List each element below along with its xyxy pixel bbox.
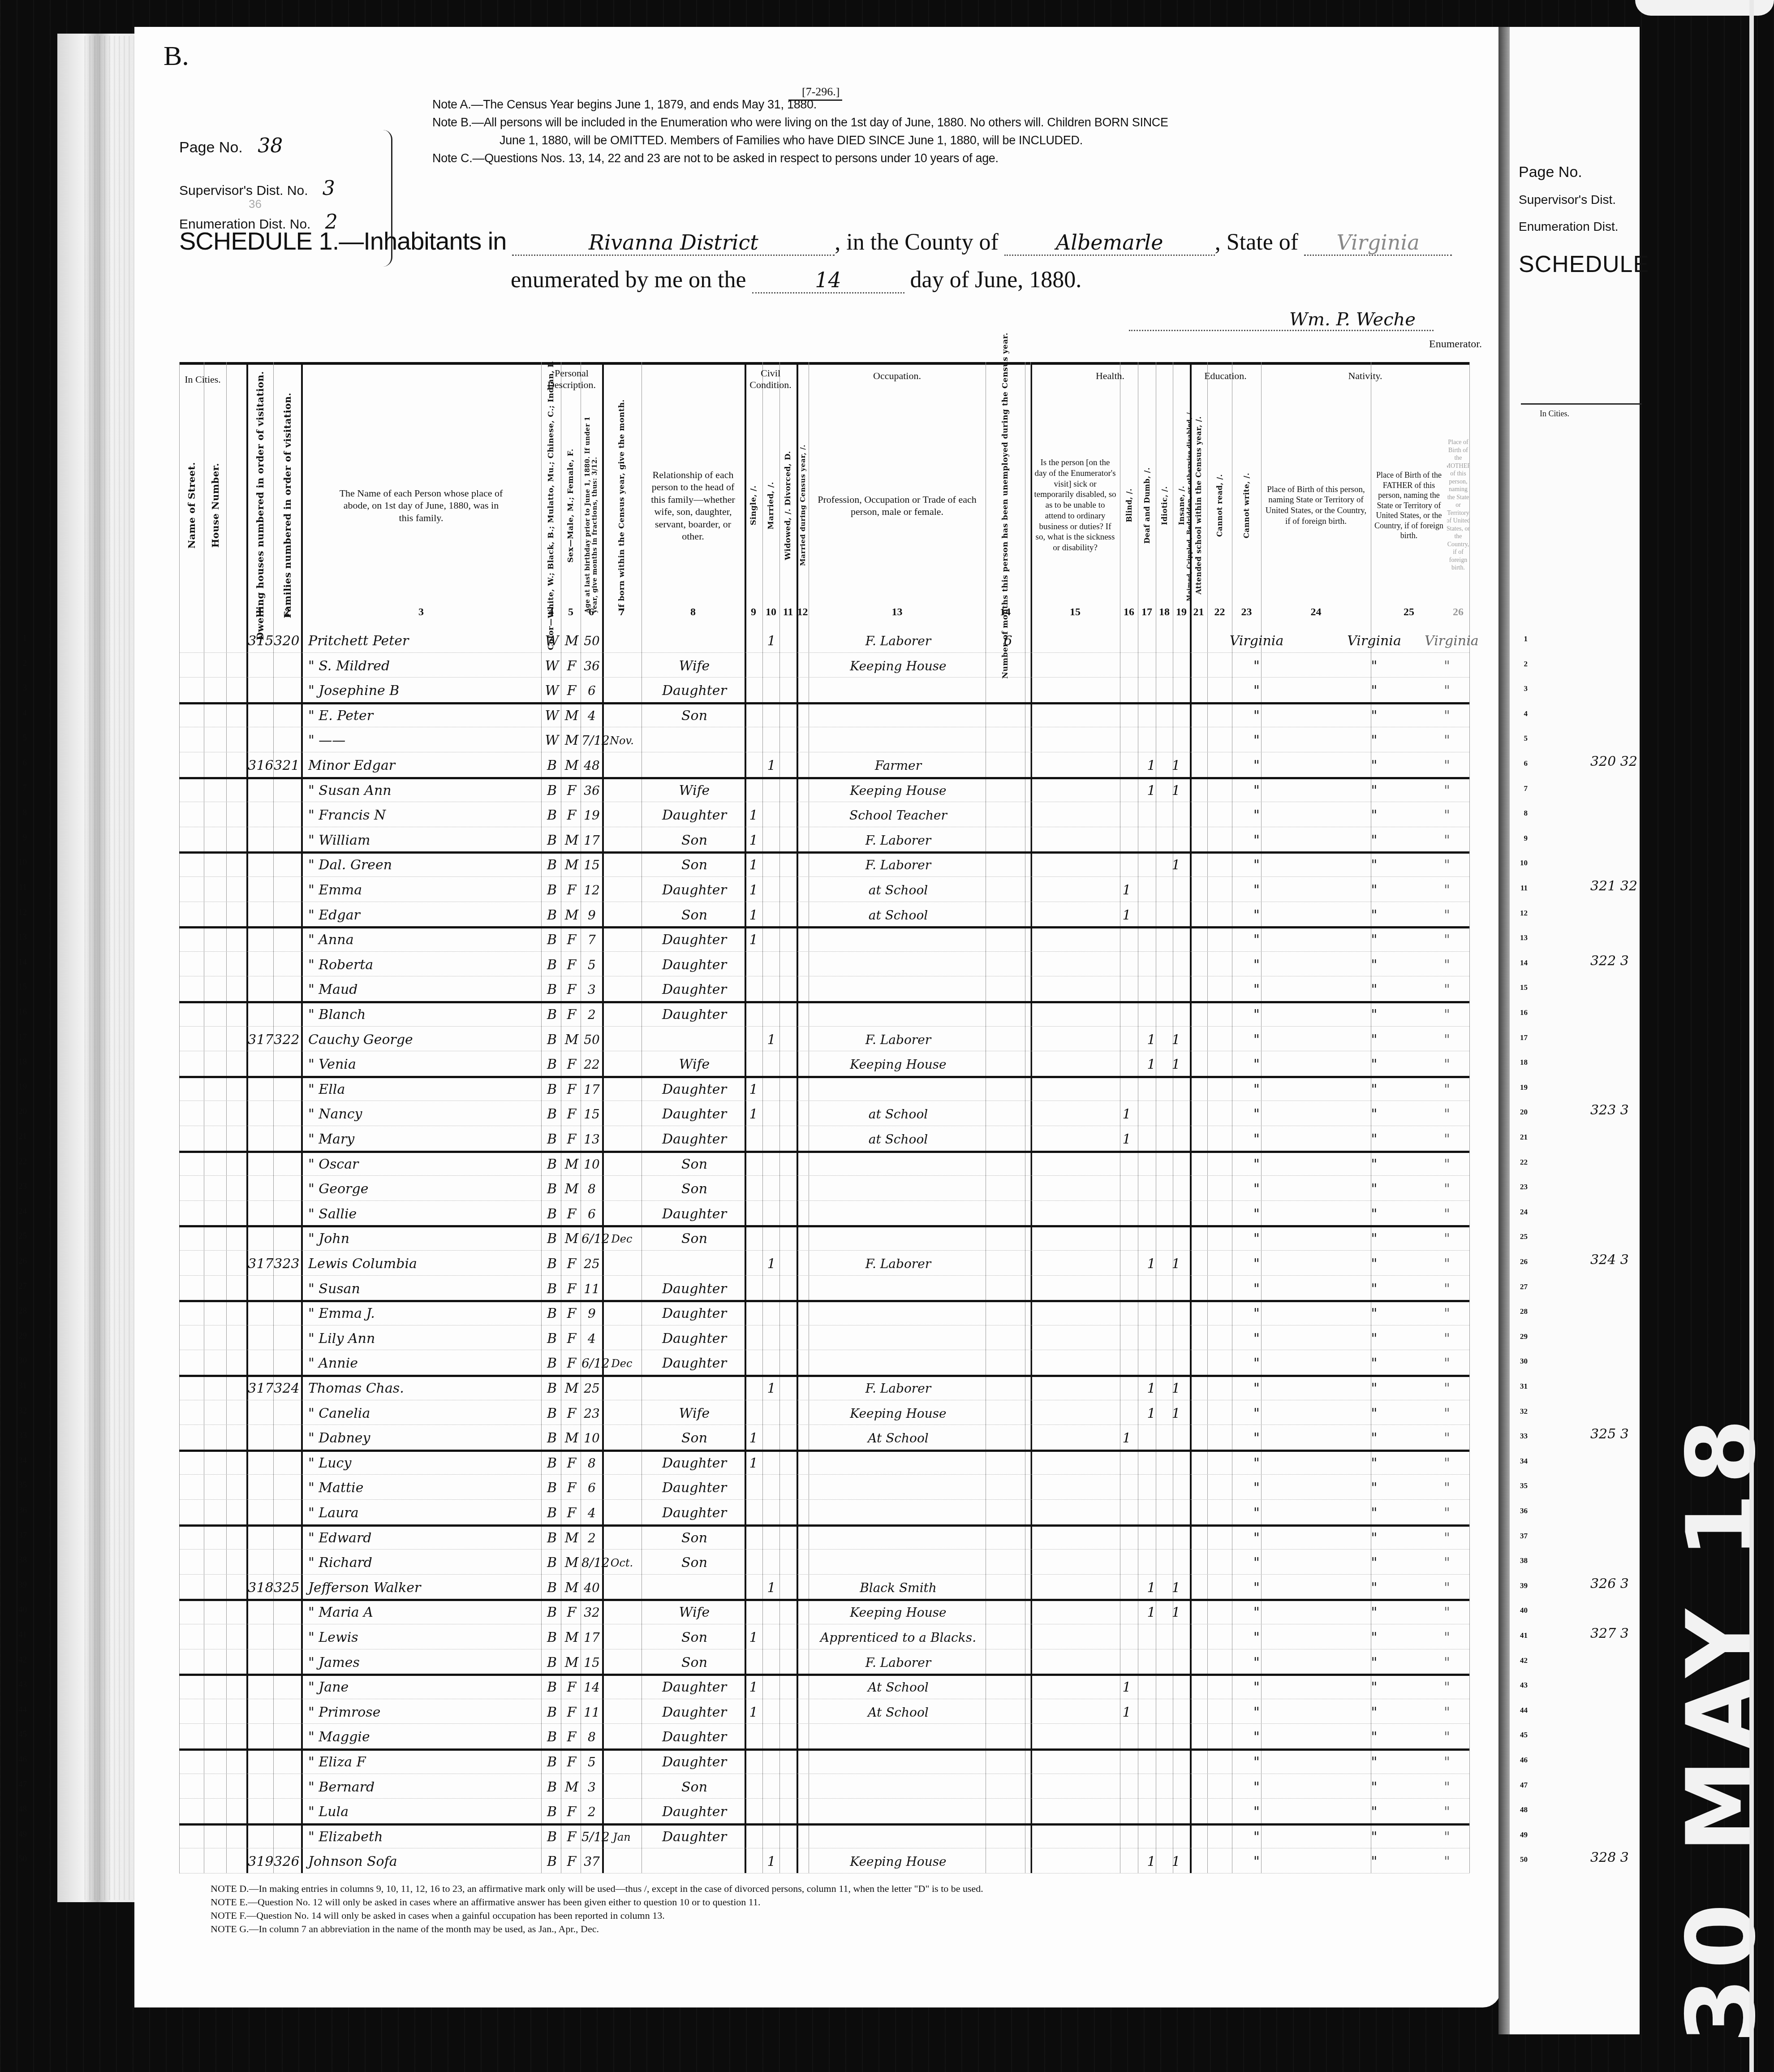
age-cell: 5/12 xyxy=(581,1826,602,1848)
married-mark-cell xyxy=(764,1128,779,1151)
dwelling-number-cell xyxy=(247,879,274,902)
page-number-label: Page No. xyxy=(179,139,243,156)
father-birthplace-cell: " xyxy=(1326,904,1422,927)
adjacent-row-number: 11 xyxy=(1514,884,1528,893)
person-name-cell: Lewis Columbia xyxy=(304,1253,541,1275)
married-mark-cell xyxy=(764,680,779,702)
single-mark-cell xyxy=(746,1801,761,1823)
adjacent-row-number: 13 xyxy=(1514,933,1528,942)
birthplace-cell: " xyxy=(1192,1328,1322,1350)
father-birthplace-cell: " xyxy=(1326,1427,1422,1450)
single-mark-cell xyxy=(746,1751,761,1774)
birth-month-cell xyxy=(604,1527,640,1550)
attended-school-mark-cell xyxy=(1115,804,1138,827)
cannot-write-mark-cell xyxy=(1165,1228,1187,1250)
col-house-header: House Number. xyxy=(210,463,221,548)
color-cell: B xyxy=(543,1053,561,1076)
cannot-read-mark-cell xyxy=(1140,1801,1163,1823)
family-number-cell xyxy=(273,705,300,727)
age-cell: 19 xyxy=(581,804,602,827)
married-mark-cell xyxy=(764,1303,779,1325)
sex-cell: F xyxy=(563,780,581,802)
relationship-cell xyxy=(645,630,744,652)
birthplace-cell: " xyxy=(1192,680,1322,702)
cannot-read-mark-cell xyxy=(1140,1427,1163,1450)
relationship-cell xyxy=(645,1377,744,1400)
dwelling-number-cell: 319 xyxy=(247,1851,274,1873)
col-relationship-header: Relationship of each person to the head … xyxy=(642,469,745,543)
col-num: 19 xyxy=(1173,606,1190,618)
dwelling-number-cell xyxy=(247,1079,274,1101)
col-num: 23 xyxy=(1232,606,1261,618)
relationship-cell xyxy=(645,1253,744,1275)
adjacent-row-number: 22 xyxy=(1514,1158,1528,1167)
married-mark-cell xyxy=(764,954,779,976)
father-birthplace-cell: " xyxy=(1326,730,1422,752)
single-mark-cell: 1 xyxy=(746,879,761,902)
relationship-cell: Son xyxy=(645,1776,744,1799)
adjacent-row-number: 12 xyxy=(1514,909,1528,918)
occupation-cell: at School xyxy=(811,1103,986,1126)
dwelling-number-cell xyxy=(247,1801,274,1823)
family-number-cell xyxy=(273,1527,300,1550)
cannot-read-mark-cell xyxy=(1140,829,1163,852)
birth-month-cell xyxy=(604,1851,640,1873)
row-number: 46 xyxy=(9,1755,27,1765)
row-number: 35 xyxy=(9,1481,27,1490)
color-cell: B xyxy=(543,1502,561,1524)
color-cell: B xyxy=(543,1203,561,1226)
cannot-write-mark-cell xyxy=(1165,1676,1187,1699)
table-row: 5" ——WM7/12Nov.""" xyxy=(179,727,1469,752)
father-birthplace-cell: " xyxy=(1326,1178,1422,1200)
father-birthplace-cell: " xyxy=(1326,1403,1422,1425)
dwelling-number-cell xyxy=(247,1701,274,1724)
married-mark-cell xyxy=(764,1502,779,1524)
age-cell: 5 xyxy=(581,1751,602,1774)
cannot-read-mark-cell xyxy=(1140,1079,1163,1101)
row-number: 39 xyxy=(9,1580,27,1590)
table-row: 8" Francis NBF19Daughter1School Teacher"… xyxy=(179,802,1469,827)
family-number-cell: 323 xyxy=(273,1253,300,1275)
occupation-cell xyxy=(811,1278,986,1300)
table-row: 22" OscarBM10Son""" xyxy=(179,1151,1469,1176)
family-number-cell xyxy=(273,1826,300,1848)
relationship-cell: Wife xyxy=(645,655,744,678)
table-row: 11" EmmaBF12Daughter1at School1""" xyxy=(179,876,1469,902)
adjacent-page-number-label: Page No. xyxy=(1519,164,1582,181)
months-unemployed-cell xyxy=(986,1477,1030,1499)
attended-school-mark-cell xyxy=(1115,829,1138,852)
months-unemployed-cell xyxy=(986,1676,1030,1699)
birthplace-cell: " xyxy=(1192,1801,1322,1823)
dwelling-number-cell xyxy=(247,804,274,827)
single-mark-cell xyxy=(746,680,761,702)
relationship-cell: Daughter xyxy=(645,1079,744,1101)
dwelling-number-cell: 317 xyxy=(247,1377,274,1400)
occupation-cell xyxy=(811,1552,986,1574)
single-mark-cell xyxy=(746,1577,761,1599)
birthplace-cell: " xyxy=(1192,979,1322,1001)
cannot-read-mark-cell xyxy=(1140,1153,1163,1176)
col-num: 11 xyxy=(779,606,797,618)
father-birthplace-cell: " xyxy=(1326,1103,1422,1126)
age-cell: 9 xyxy=(581,904,602,927)
attended-school-mark-cell xyxy=(1115,1228,1138,1250)
attended-school-mark-cell xyxy=(1115,1627,1138,1649)
col-num: 25 xyxy=(1371,606,1447,618)
row-number: 19 xyxy=(9,1082,27,1092)
mother-birthplace-cell: " xyxy=(1425,904,1469,927)
married-mark-cell xyxy=(764,1601,779,1624)
date-suffix: day of June, 1880. xyxy=(910,267,1082,293)
attended-school-mark-cell xyxy=(1115,1577,1138,1599)
cannot-write-mark-cell: 1 xyxy=(1165,1601,1187,1624)
adjacent-row-number: 6 xyxy=(1514,759,1528,768)
single-mark-cell xyxy=(746,1004,761,1026)
birthplace-cell: " xyxy=(1192,1228,1322,1250)
attended-school-mark-cell xyxy=(1115,1776,1138,1799)
person-name-cell: " Maggie xyxy=(304,1726,541,1748)
relationship-cell: Son xyxy=(645,1153,744,1176)
attended-school-mark-cell xyxy=(1115,1502,1138,1524)
person-name-cell: " Lucy xyxy=(304,1452,541,1475)
cannot-read-mark-cell: 1 xyxy=(1140,1577,1163,1599)
married-mark-cell: 1 xyxy=(764,630,779,652)
family-number-cell xyxy=(273,1477,300,1499)
dwelling-number-cell xyxy=(247,1303,274,1325)
note-b-continued: June 1, 1880, will be OMITTED. Members o… xyxy=(499,134,1083,147)
mother-birthplace-cell: " xyxy=(1425,1652,1469,1674)
row-number: 37 xyxy=(9,1531,27,1541)
birth-month-cell xyxy=(604,1278,640,1300)
dwelling-number-cell xyxy=(247,1103,274,1126)
color-cell: B xyxy=(543,1452,561,1475)
father-birthplace-cell: " xyxy=(1326,1726,1422,1748)
single-mark-cell xyxy=(746,1826,761,1848)
row-number: 44 xyxy=(9,1705,27,1715)
cannot-write-mark-cell xyxy=(1165,1103,1187,1126)
mother-birthplace-cell: " xyxy=(1425,854,1469,876)
color-cell: W xyxy=(543,655,561,678)
cannot-write-mark-cell: 1 xyxy=(1165,780,1187,802)
supervisor-district-value: 3 xyxy=(323,177,335,200)
birthplace-cell: " xyxy=(1192,1278,1322,1300)
age-cell: 12 xyxy=(581,879,602,902)
attended-school-mark-cell: 1 xyxy=(1115,1427,1138,1450)
person-name-cell: " Sallie xyxy=(304,1203,541,1226)
age-cell: 6/12 xyxy=(581,1352,602,1375)
occupation-cell xyxy=(811,1228,986,1250)
single-mark-cell xyxy=(746,655,761,678)
group-education: Education. xyxy=(1190,370,1261,382)
table-row: 30" AnnieBF6/12DecDaughter""" xyxy=(179,1350,1469,1377)
row-number: 22 xyxy=(9,1157,27,1167)
color-cell: B xyxy=(543,1726,561,1748)
adjacent-schedule-label: SCHEDULE xyxy=(1519,251,1649,278)
occupation-cell xyxy=(811,1178,986,1200)
occupation-cell: Keeping House xyxy=(811,1053,986,1076)
dwelling-number-cell xyxy=(247,1228,274,1250)
col-widowed-header: Widowed, /. Divorced, D. xyxy=(784,451,792,560)
col-num: 24 xyxy=(1261,606,1371,618)
bottom-notes: NOTE D.—In making entries in columns 9, … xyxy=(211,1882,983,1936)
dwelling-number-cell xyxy=(247,929,274,951)
family-number-cell xyxy=(273,829,300,852)
birthplace-cell: " xyxy=(1192,1726,1322,1748)
adjacent-row-number: 3 xyxy=(1514,684,1528,693)
occupation-cell xyxy=(811,705,986,727)
occupation-cell xyxy=(811,1502,986,1524)
father-birthplace-cell: " xyxy=(1326,1203,1422,1226)
family-number-cell xyxy=(273,1701,300,1724)
mother-birthplace-cell: " xyxy=(1425,954,1469,976)
age-cell: 15 xyxy=(581,854,602,876)
color-cell: B xyxy=(543,1377,561,1400)
birthplace-cell: " xyxy=(1192,829,1322,852)
note-c: Note C.—Questions Nos. 13, 14, 22 and 23… xyxy=(432,151,999,165)
married-mark-cell: 1 xyxy=(764,1577,779,1599)
birthplace-cell: " xyxy=(1192,1153,1322,1176)
months-unemployed-cell xyxy=(986,1029,1030,1051)
relationship-cell: Daughter xyxy=(645,804,744,827)
person-name-cell: " Bernard xyxy=(304,1776,541,1799)
relationship-cell: Wife xyxy=(645,1053,744,1076)
attended-school-mark-cell xyxy=(1115,780,1138,802)
months-unemployed-cell xyxy=(986,1377,1030,1400)
birth-month-cell xyxy=(604,1303,640,1325)
row-number: 45 xyxy=(9,1730,27,1740)
cannot-read-mark-cell xyxy=(1140,929,1163,951)
birthplace-cell: " xyxy=(1192,1477,1322,1499)
mother-birthplace-cell: " xyxy=(1425,929,1469,951)
birthplace-cell: " xyxy=(1192,1652,1322,1674)
person-name-cell: " Edward xyxy=(304,1527,541,1550)
birth-month-cell xyxy=(604,979,640,1001)
single-mark-cell: 1 xyxy=(746,1627,761,1649)
birth-month-cell: Jan xyxy=(604,1826,640,1848)
family-number-cell xyxy=(273,1652,300,1674)
cannot-write-mark-cell xyxy=(1165,1826,1187,1848)
adjacent-row-number: 16 xyxy=(1514,1008,1528,1017)
cannot-write-mark-cell: 1 xyxy=(1165,1577,1187,1599)
married-mark-cell: 1 xyxy=(764,1029,779,1051)
adjacent-row-number: 20 xyxy=(1514,1108,1528,1117)
mother-birthplace-cell: " xyxy=(1425,1801,1469,1823)
col-num: 16 xyxy=(1120,606,1138,618)
table-row: 13" AnnaBF7Daughter1""" xyxy=(179,926,1469,952)
father-birthplace-cell: " xyxy=(1326,655,1422,678)
cannot-read-mark-cell: 1 xyxy=(1140,1253,1163,1275)
sex-cell: M xyxy=(563,1652,581,1674)
father-birthplace-cell: " xyxy=(1326,780,1422,802)
col-single-header: Single, /. xyxy=(749,485,758,525)
birthplace-cell: " xyxy=(1192,879,1322,902)
person-name-cell: " Susan Ann xyxy=(304,780,541,802)
person-name-cell: " Lula xyxy=(304,1801,541,1823)
birthplace-cell: " xyxy=(1192,854,1322,876)
birthplace-cell: " xyxy=(1192,1701,1322,1724)
birthplace-cell: " xyxy=(1192,1851,1322,1873)
cannot-read-mark-cell: 1 xyxy=(1140,755,1163,777)
father-birthplace-cell: " xyxy=(1326,1652,1422,1674)
person-name-cell: " Roberta xyxy=(304,954,541,976)
cannot-write-mark-cell xyxy=(1165,1652,1187,1674)
sex-cell: F xyxy=(563,1328,581,1350)
table-row: 41" LewisBM17Son1Apprenticed to a Blacks… xyxy=(179,1624,1469,1649)
state-label: , State of xyxy=(1215,229,1298,255)
single-mark-cell xyxy=(746,1228,761,1250)
occupation-cell xyxy=(811,730,986,752)
attended-school-mark-cell xyxy=(1115,1178,1138,1200)
person-name-cell: " Richard xyxy=(304,1552,541,1574)
family-number-cell xyxy=(273,730,300,752)
adjacent-row-number: 46 xyxy=(1514,1756,1528,1765)
note-e: NOTE E.—Question No. 12 will only be ask… xyxy=(211,1895,983,1909)
months-unemployed-cell xyxy=(986,979,1030,1001)
cannot-read-mark-cell xyxy=(1140,1552,1163,1574)
birth-month-cell: Dec xyxy=(604,1352,640,1375)
dwelling-number-cell: 318 xyxy=(247,1577,274,1599)
adjacent-table: In Cities. xyxy=(1521,403,1642,1919)
birth-month-cell xyxy=(604,1053,640,1076)
person-name-cell: " Emma xyxy=(304,879,541,902)
col-street-header: Name of Street. xyxy=(186,462,197,548)
mother-birthplace-cell: " xyxy=(1425,1427,1469,1450)
birth-month-cell xyxy=(604,630,640,652)
age-cell: 2 xyxy=(581,1527,602,1550)
table-row: 37" EdwardBM2Son""" xyxy=(179,1524,1469,1550)
sex-cell: F xyxy=(563,655,581,678)
single-mark-cell xyxy=(746,1377,761,1400)
occupation-cell: F. Laborer xyxy=(811,630,986,652)
relationship-cell: Son xyxy=(645,904,744,927)
dwelling-number-cell xyxy=(247,1278,274,1300)
mother-birthplace-cell: " xyxy=(1425,1552,1469,1574)
single-mark-cell xyxy=(746,1477,761,1499)
married-mark-cell xyxy=(764,1403,779,1425)
adjacent-dwelling-number: 328 3 xyxy=(1590,1850,1629,1865)
father-birthplace-cell: " xyxy=(1326,1253,1422,1275)
married-mark-cell xyxy=(764,904,779,927)
row-number: 38 xyxy=(9,1555,27,1565)
mother-birthplace-cell: " xyxy=(1425,780,1469,802)
months-unemployed-cell xyxy=(986,904,1030,927)
father-birthplace-cell: " xyxy=(1326,1352,1422,1375)
col-num: 1 xyxy=(246,606,273,618)
single-mark-cell xyxy=(746,1652,761,1674)
age-cell: 32 xyxy=(581,1601,602,1624)
dwelling-number-cell xyxy=(247,1552,274,1574)
birthplace-cell: " xyxy=(1192,1253,1322,1275)
birth-month-cell xyxy=(604,1801,640,1823)
attended-school-mark-cell xyxy=(1115,755,1138,777)
married-mark-cell xyxy=(764,1552,779,1574)
married-mark-cell xyxy=(764,829,779,852)
mother-birthplace-cell: " xyxy=(1425,1228,1469,1250)
row-number: 42 xyxy=(9,1655,27,1665)
attended-school-mark-cell xyxy=(1115,1004,1138,1026)
dwelling-number-cell xyxy=(247,1178,274,1200)
married-mark-cell xyxy=(764,1079,779,1101)
months-unemployed-cell xyxy=(986,1776,1030,1799)
occupation-cell xyxy=(811,1203,986,1226)
months-unemployed-cell xyxy=(986,780,1030,802)
birth-month-cell xyxy=(604,755,640,777)
occupation-cell xyxy=(811,680,986,702)
table-row: 34" LucyBF8Daughter1""" xyxy=(179,1450,1469,1475)
cannot-write-mark-cell: 1 xyxy=(1165,854,1187,876)
mother-birthplace-cell: " xyxy=(1425,1103,1469,1126)
cannot-read-mark-cell: 1 xyxy=(1140,1851,1163,1873)
person-name-cell: Johnson Sofa xyxy=(304,1851,541,1873)
cannot-read-mark-cell xyxy=(1140,1527,1163,1550)
table-row: 4" E. PeterWM4Son""" xyxy=(179,702,1469,728)
color-cell: B xyxy=(543,829,561,852)
color-cell: B xyxy=(543,1652,561,1674)
married-mark-cell xyxy=(764,1153,779,1176)
occupation-cell: Keeping House xyxy=(811,780,986,802)
person-name-cell: " Annie xyxy=(304,1352,541,1375)
months-unemployed-cell xyxy=(986,829,1030,852)
family-number-cell: 321 xyxy=(273,755,300,777)
family-number-cell xyxy=(273,1726,300,1748)
col-married-census-year-header: Married during Census year, /. xyxy=(799,445,807,566)
person-name-cell: " Elizabeth xyxy=(304,1826,541,1848)
occupation-cell: F. Laborer xyxy=(811,1377,986,1400)
months-unemployed-cell xyxy=(986,1328,1030,1350)
married-mark-cell: 1 xyxy=(764,1851,779,1873)
family-number-cell: 322 xyxy=(273,1029,300,1051)
table-row: 20" NancyBF15Daughter1at School1""" xyxy=(179,1101,1469,1126)
col-num: 17 xyxy=(1138,606,1156,618)
color-cell: B xyxy=(543,1253,561,1275)
cannot-read-mark-cell xyxy=(1140,1701,1163,1724)
birthplace-cell: " xyxy=(1192,1826,1322,1848)
table-row: 26317323Lewis ColumbiaBF251F. Laborer11"… xyxy=(179,1250,1469,1276)
note-a: Note A.—The Census Year begins June 1, 1… xyxy=(432,98,817,112)
married-mark-cell xyxy=(764,1427,779,1450)
col-sex-header: Sex—Male, M.; Female, F. xyxy=(566,449,575,562)
married-mark-cell: 1 xyxy=(764,1253,779,1275)
family-number-cell xyxy=(273,1128,300,1151)
table-row: 23" GeorgeBM8Son""" xyxy=(179,1175,1469,1201)
person-name-cell: " James xyxy=(304,1652,541,1674)
married-mark-cell xyxy=(764,1178,779,1200)
relationship-cell: Daughter xyxy=(645,1103,744,1126)
married-mark-cell xyxy=(764,1328,779,1350)
family-number-cell: 320 xyxy=(273,630,300,652)
family-number-cell xyxy=(273,804,300,827)
table-row: 12" EdgarBM9Son1at School1""" xyxy=(179,902,1469,929)
dwelling-number-cell: 315 xyxy=(247,630,274,652)
dwelling-number-cell xyxy=(247,1726,274,1748)
attended-school-mark-cell xyxy=(1115,680,1138,702)
color-cell: B xyxy=(543,1178,561,1200)
adjacent-row-number: 9 xyxy=(1514,834,1528,843)
cannot-read-mark-cell: 1 xyxy=(1140,780,1163,802)
months-unemployed-cell xyxy=(986,1552,1030,1574)
age-cell: 50 xyxy=(581,630,602,652)
adjacent-row-number: 17 xyxy=(1514,1033,1528,1042)
relationship-cell: Daughter xyxy=(645,1726,744,1748)
cannot-write-mark-cell xyxy=(1165,1303,1187,1325)
father-birthplace-cell: " xyxy=(1326,1278,1422,1300)
col-married-header: Married, /. xyxy=(766,482,775,529)
single-mark-cell xyxy=(746,1153,761,1176)
dwelling-number-cell xyxy=(247,1203,274,1226)
family-number-cell xyxy=(273,1427,300,1450)
